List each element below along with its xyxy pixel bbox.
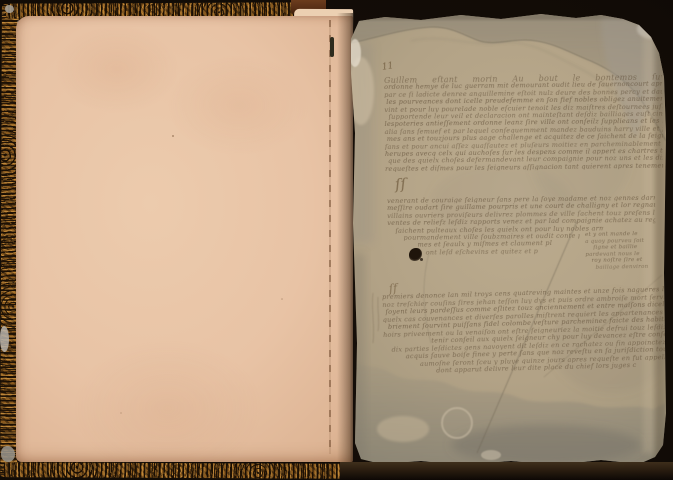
parchment-text-layer: Guillem eſtant morin Au bout le bontemps… [351,13,666,466]
paper-speck [120,412,122,414]
cover-marbled-edge-bottom [4,462,352,479]
tail-edge-strip [340,462,673,480]
manuscript-line: ont leſd eſchevins et quitez et pour noz… [426,247,538,256]
entry-1-text: Guillem eſtant morin Au bout le bontemps… [384,73,663,172]
cover-wear-chip [5,5,14,13]
cover-wear-chip [0,326,9,352]
paper-speck [172,135,174,137]
cover-wear-chip [1,446,15,462]
ink-blot-stain [409,248,422,261]
gutter-crease [329,20,331,454]
parchment-page: 11 ſſ ſf Guillem eſtant morin Au bout le… [351,13,666,466]
entry-2-sidenote: et y ont mande lea quoy pourveu ſoitſign… [585,231,662,272]
binding-thread [330,37,334,57]
manuscript-line: baillage denviron [596,264,662,272]
book-scan: 11 ſſ ſf Guillem eſtant morin Au bout le… [0,0,673,480]
blank-endpaper-page [16,16,353,462]
gutter-shadow [337,13,353,465]
entry-3-text: premiers denonce lan mil troys cens quat… [382,285,666,375]
paper-speck [281,298,283,300]
